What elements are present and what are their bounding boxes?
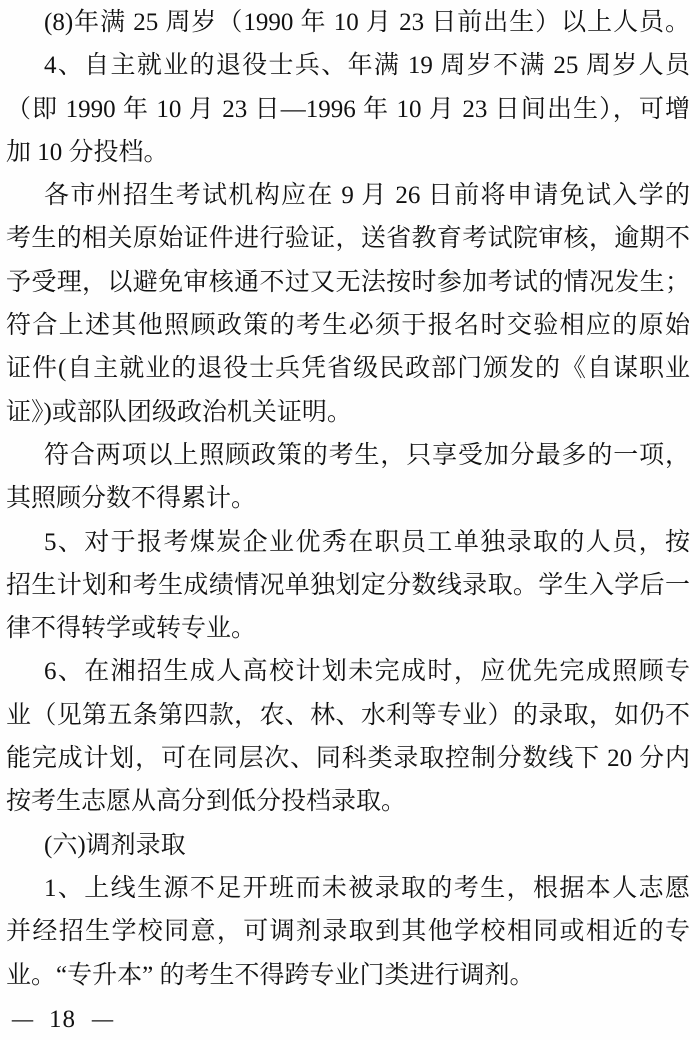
text-line: 5、对于报考煤炭企业优秀在职员工单独录取的人员，按 [6,521,690,564]
footer-right-dash: — [92,1006,113,1034]
document-page: (8)年满 25 周岁（1990 年 10 月 23 日前出生）以上人员。 4、… [0,0,700,1040]
text-line: 各市州招生考试机构应在 9 月 26 日前将申请免试入学的 [6,174,690,217]
text-line: 并经招生学校同意，可调剂录取到其他学校相同或相近的专 [6,910,690,953]
text-line: 符合两项以上照顾政策的考生，只享受加分最多的一项， [6,434,690,477]
document-body-text: (8)年满 25 周岁（1990 年 10 月 23 日前出生）以上人员。 4、… [6,1,690,997]
page-number: 18 [49,1006,76,1034]
text-line: 能完成计划，可在同层次、同科类录取控制分数线下 20 分内 [6,737,690,780]
text-line: 其照顾分数不得累计。 [6,477,690,520]
text-line: 业。“专升本” 的考生不得跨专业门类进行调剂。 [6,954,690,997]
text-line: (8)年满 25 周岁（1990 年 10 月 23 日前出生）以上人员。 [6,1,690,44]
text-line: 考生的相关原始证件进行验证，送省教育考试院审核，逾期不 [6,217,690,260]
text-line: 证件(自主就业的退役士兵凭省级民政部门颁发的《自谋职业 [6,347,690,390]
text-line: 按考生志愿从高分到低分投档录取。 [6,780,690,823]
text-line: 予受理，以避免审核通不过又无法按时参加考试的情况发生； [6,261,690,304]
page-footer: —18— [10,1006,115,1034]
text-line: 4、自主就业的退役士兵、年满 19 周岁不满 25 周岁人员 [6,44,690,87]
text-line: 符合上述其他照顾政策的考生必须于报名时交验相应的原始 [6,304,690,347]
text-line: 业（见第五条第四款，农、林、水利等专业）的录取，如仍不 [6,694,690,737]
text-line: 律不得转学或转专业。 [6,607,690,650]
section-heading: (六)调剂录取 [6,824,690,867]
text-line: 证》)或部队团级政治机关证明。 [6,391,690,434]
text-line: （即 1990 年 10 月 23 日—1996 年 10 月 23 日间出生）… [6,88,690,131]
text-line: 加 10 分投档。 [6,131,690,174]
text-line: 6、在湘招生成人高校计划未完成时，应优先完成照顾专 [6,650,690,693]
footer-left-dash: — [12,1006,33,1034]
text-line: 1、上线生源不足开班而未被录取的考生，根据本人志愿 [6,867,690,910]
text-line: 招生计划和考生成绩情况单独划定分数线录取。学生入学后一 [6,564,690,607]
